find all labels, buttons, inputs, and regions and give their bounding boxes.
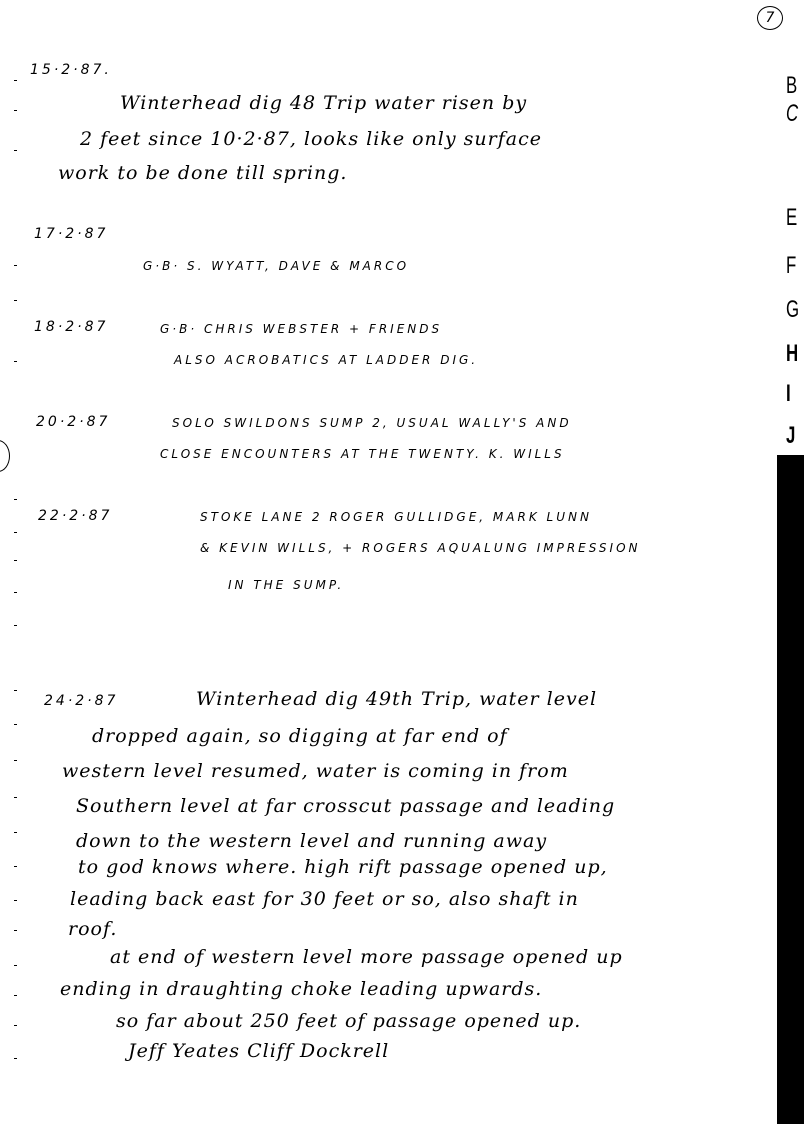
margin-mark — [14, 361, 17, 362]
margin-mark — [14, 1058, 17, 1059]
entry-line: SOLO SWILDONS SUMP 2, USUAL WALLY'S AND — [172, 416, 572, 430]
scan-black-edge — [777, 455, 804, 1124]
margin-mark — [14, 592, 17, 593]
entry-line: Winterhead dig 49th Trip, water level — [196, 688, 597, 710]
page-number: 7 — [757, 6, 783, 30]
margin-mark — [14, 110, 17, 111]
entry-line: Southern level at far crosscut passage a… — [76, 795, 615, 817]
entry-line: ALSO ACROBATICS AT LADDER DIG. — [174, 353, 478, 367]
index-letter-b: B — [786, 72, 797, 100]
margin-mark — [14, 930, 17, 931]
index-letter-i: I — [786, 380, 791, 408]
margin-mark — [14, 995, 17, 996]
margin-mark — [14, 1025, 17, 1026]
entry-date: 18·2·87 — [34, 319, 108, 335]
margin-mark — [14, 532, 17, 533]
entry-date: 22·2·87 — [38, 508, 112, 524]
margin-mark — [14, 499, 17, 500]
entry-date: 15·2·87. — [30, 62, 112, 78]
entry-date: 17·2·87 — [34, 226, 108, 242]
margin-mark — [14, 150, 17, 151]
entry-line: G·B· S. WYATT, DAVE & MARCO — [143, 259, 409, 273]
entry-line: to god knows where. high rift passage op… — [78, 856, 608, 878]
margin-mark — [14, 866, 17, 867]
entry-line: so far about 250 feet of passage opened … — [116, 1010, 581, 1032]
entry-line: CLOSE ENCOUNTERS AT THE TWENTY. K. WILLS — [160, 447, 565, 461]
margin-mark — [14, 724, 17, 725]
margin-mark — [14, 690, 17, 691]
index-letter-h: H — [786, 340, 798, 368]
entry-line: dropped again, so digging at far end of — [92, 725, 508, 747]
index-letter-c: C — [786, 100, 798, 128]
entry-line: leading back east for 30 feet or so, als… — [70, 888, 579, 910]
entry-line: roof. — [68, 918, 117, 940]
entry-line: ending in draughting choke leading upwar… — [60, 978, 542, 1000]
punch-hole-mark — [0, 440, 10, 472]
index-letter-e: E — [786, 204, 797, 232]
entry-date: 20·2·87 — [36, 414, 110, 430]
entry-line: at end of western level more passage ope… — [110, 946, 623, 968]
entry-line: & KEVIN WILLS, + ROGERS AQUALUNG IMPRESS… — [200, 541, 641, 555]
entry-line: G·B· CHRIS WEBSTER + FRIENDS — [160, 322, 442, 336]
margin-mark — [14, 80, 17, 81]
index-letter-g: G — [786, 296, 799, 324]
margin-mark — [14, 300, 17, 301]
index-letter-j: J — [786, 422, 795, 450]
entry-line: western level resumed, water is coming i… — [62, 760, 569, 782]
index-letter-f: F — [786, 252, 796, 280]
logbook-page: 7 B C E F G H I J 15·2·87. Winterhead di… — [0, 0, 804, 1124]
signatures: Jeff Yeates Cliff Dockrell — [128, 1040, 389, 1062]
margin-mark — [14, 760, 17, 761]
entry-date: 24·2·87 — [44, 693, 118, 709]
margin-mark — [14, 832, 17, 833]
entry-line: 2 feet since 10·2·87, looks like only su… — [80, 128, 542, 150]
entry-line: IN THE SUMP. — [228, 578, 344, 592]
margin-mark — [14, 265, 17, 266]
margin-mark — [14, 797, 17, 798]
entry-line: STOKE LANE 2 ROGER GULLIDGE, MARK LUNN — [200, 510, 592, 524]
margin-mark — [14, 900, 17, 901]
margin-mark — [14, 965, 17, 966]
entry-line: down to the western level and running aw… — [76, 830, 547, 852]
margin-mark — [14, 560, 17, 561]
entry-line: Winterhead dig 48 Trip water risen by — [120, 92, 527, 114]
entry-line: work to be done till spring. — [58, 162, 347, 184]
margin-mark — [14, 625, 17, 626]
